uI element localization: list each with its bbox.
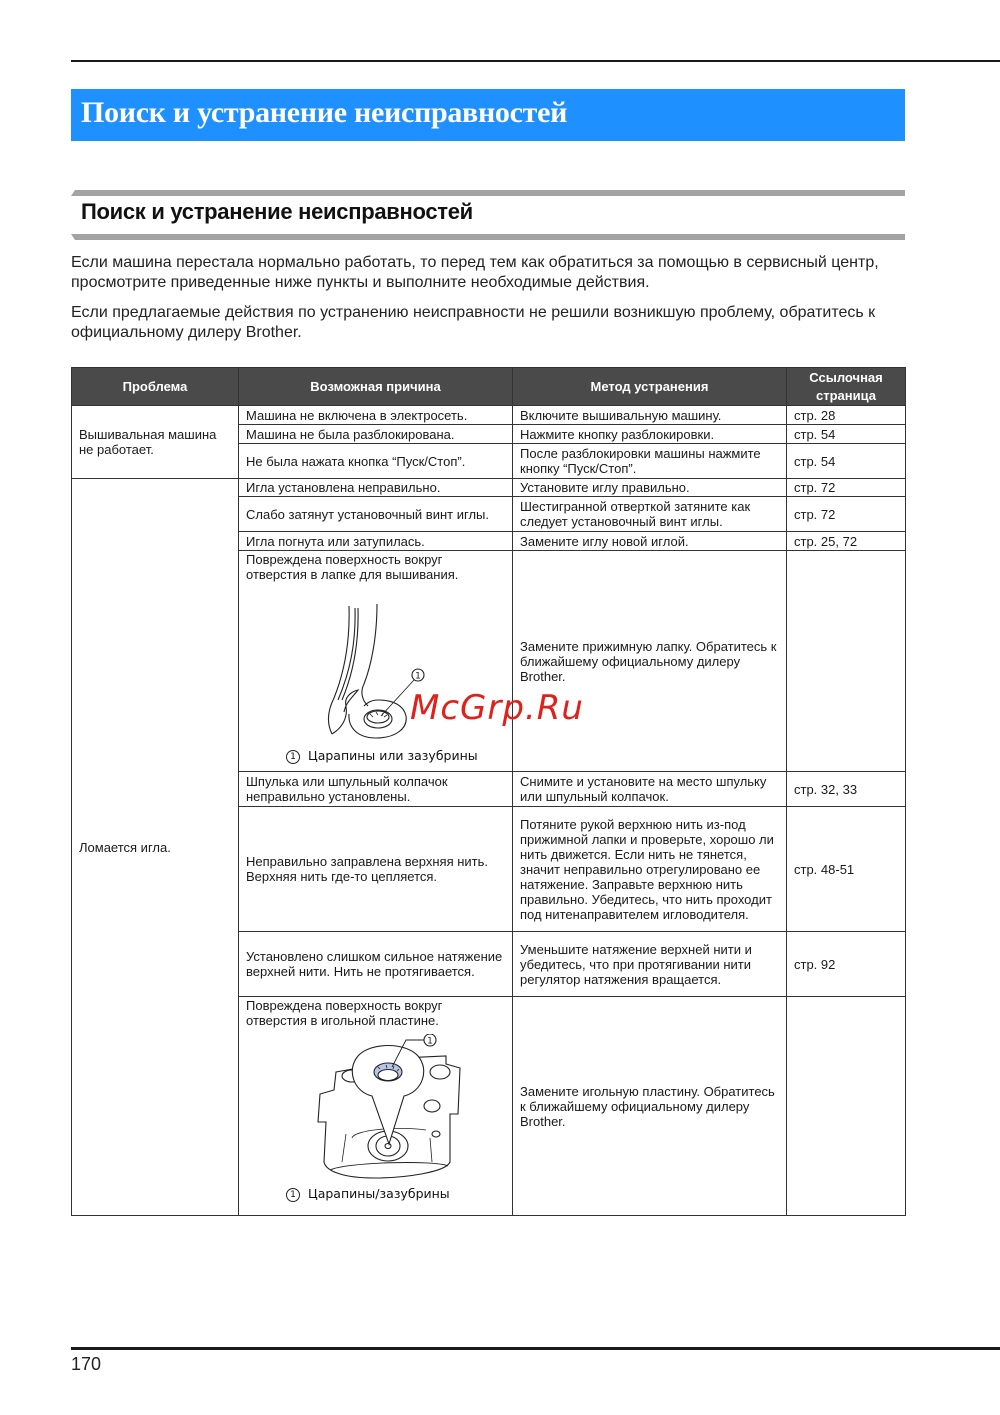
remedy-cell: Шестигранной отверткой затяните как след…: [513, 497, 787, 532]
cause-cell: Не была нажата кнопка “Пуск/Стоп”.: [239, 444, 513, 479]
header-cause: Возможная причина: [239, 368, 513, 406]
remedy-cell: Нажмите кнопку разблокировки.: [513, 425, 787, 444]
svg-text:1: 1: [427, 1037, 433, 1047]
chapter-title: Поиск и устранение неисправностей: [81, 96, 567, 130]
top-rule: [71, 60, 1000, 62]
header-remedy: Метод устранения: [513, 368, 787, 406]
reference-cell: стр. 72: [787, 479, 906, 497]
remedy-cell: Замените иглу новой иглой.: [513, 532, 787, 551]
reference-cell: [787, 551, 906, 772]
reference-cell: стр. 72: [787, 497, 906, 532]
reference-cell: стр. 25, 72: [787, 532, 906, 551]
cause-text: Повреждена поверхность вокруг отверстия …: [246, 998, 505, 1028]
reference-cell: стр. 54: [787, 425, 906, 444]
troubleshooting-table: Проблема Возможная причина Метод устране…: [71, 367, 906, 1216]
cause-cell: Игла погнута или затупилась.: [239, 532, 513, 551]
reference-cell: стр. 28: [787, 406, 906, 425]
cause-cell-with-figure: Повреждена поверхность вокруг отверстия …: [239, 997, 513, 1216]
problem-cell: Ломается игла.: [72, 479, 239, 1216]
marker-1-icon: 1: [286, 1188, 300, 1202]
figure-caption: 1Царапины или зазубрины: [286, 748, 505, 764]
marker-1-icon: 1: [286, 750, 300, 764]
cause-cell: Слабо затянут установочный винт иглы.: [239, 497, 513, 532]
table-row: Ломается игла. Игла установлена неправил…: [72, 479, 906, 497]
reference-cell: стр. 54: [787, 444, 906, 479]
reference-cell: стр. 92: [787, 932, 906, 997]
section-title: Поиск и устранение неисправностей: [81, 199, 473, 225]
remedy-cell: Потяните рукой верхнюю нить из-под прижи…: [513, 807, 787, 932]
remedy-cell: Замените прижимную лапку. Обратитесь к б…: [513, 551, 787, 772]
remedy-cell: Включите вышивальную машину.: [513, 406, 787, 425]
header-reference: Ссылочная страница: [787, 368, 906, 406]
needle-plate-illustration-icon: 1: [246, 1034, 506, 1186]
cause-cell-with-figure: Повреждена поверхность вокруг отверстия …: [239, 551, 513, 772]
reference-cell: [787, 997, 906, 1216]
intro-paragraph-2: Если предлагаемые действия по устранению…: [71, 303, 911, 343]
cause-line: Неправильно заправлена верхняя нить.: [246, 854, 505, 869]
cause-cell: Шпулька или шпульный колпачок неправильн…: [239, 772, 513, 807]
figure-caption-text: Царапины или зазубрины: [308, 748, 478, 763]
bottom-rule: [71, 1347, 1000, 1350]
watermark: McGrp.Ru: [410, 688, 584, 728]
remedy-cell: После разблокировки машины нажмите кнопк…: [513, 444, 787, 479]
remedy-cell: Установите иглу правильно.: [513, 479, 787, 497]
svg-text:1: 1: [415, 672, 421, 682]
chapter-banner: Поиск и устранение неисправностей: [71, 89, 905, 141]
section-bar-top: [71, 190, 905, 196]
cause-cell: Неправильно заправлена верхняя нить. Вер…: [239, 807, 513, 932]
header-problem: Проблема: [72, 368, 239, 406]
remedy-cell: Снимите и установите на место шпульку ил…: [513, 772, 787, 807]
reference-cell: стр. 48-51: [787, 807, 906, 932]
table-row: Вышивальная машина не работает. Машина н…: [72, 406, 906, 425]
table-header-row: Проблема Возможная причина Метод устране…: [72, 368, 906, 406]
cause-cell: Игла установлена неправильно.: [239, 479, 513, 497]
cause-cell: Установлено слишком сильное натяжение ве…: [239, 932, 513, 997]
section-bar-bottom: [71, 234, 905, 240]
figure-caption: 1Царапины/зазубрины: [286, 1186, 505, 1202]
intro-paragraph-1: Если машина перестала нормально работать…: [71, 253, 911, 293]
problem-cell: Вышивальная машина не работает.: [72, 406, 239, 479]
cause-cell: Машина не включена в электросеть.: [239, 406, 513, 425]
reference-cell: стр. 32, 33: [787, 772, 906, 807]
cause-line: Верхняя нить где-то цепляется.: [246, 869, 505, 884]
remedy-cell: Замените игольную пластину. Обратитесь к…: [513, 997, 787, 1216]
remedy-cell: Уменьшите натяжение верхней нити и убеди…: [513, 932, 787, 997]
cause-text: Повреждена поверхность вокруг отверстия …: [246, 552, 505, 582]
figure-caption-text: Царапины/зазубрины: [308, 1186, 450, 1201]
cause-cell: Машина не была разблокирована.: [239, 425, 513, 444]
page-number: 170: [71, 1354, 101, 1375]
